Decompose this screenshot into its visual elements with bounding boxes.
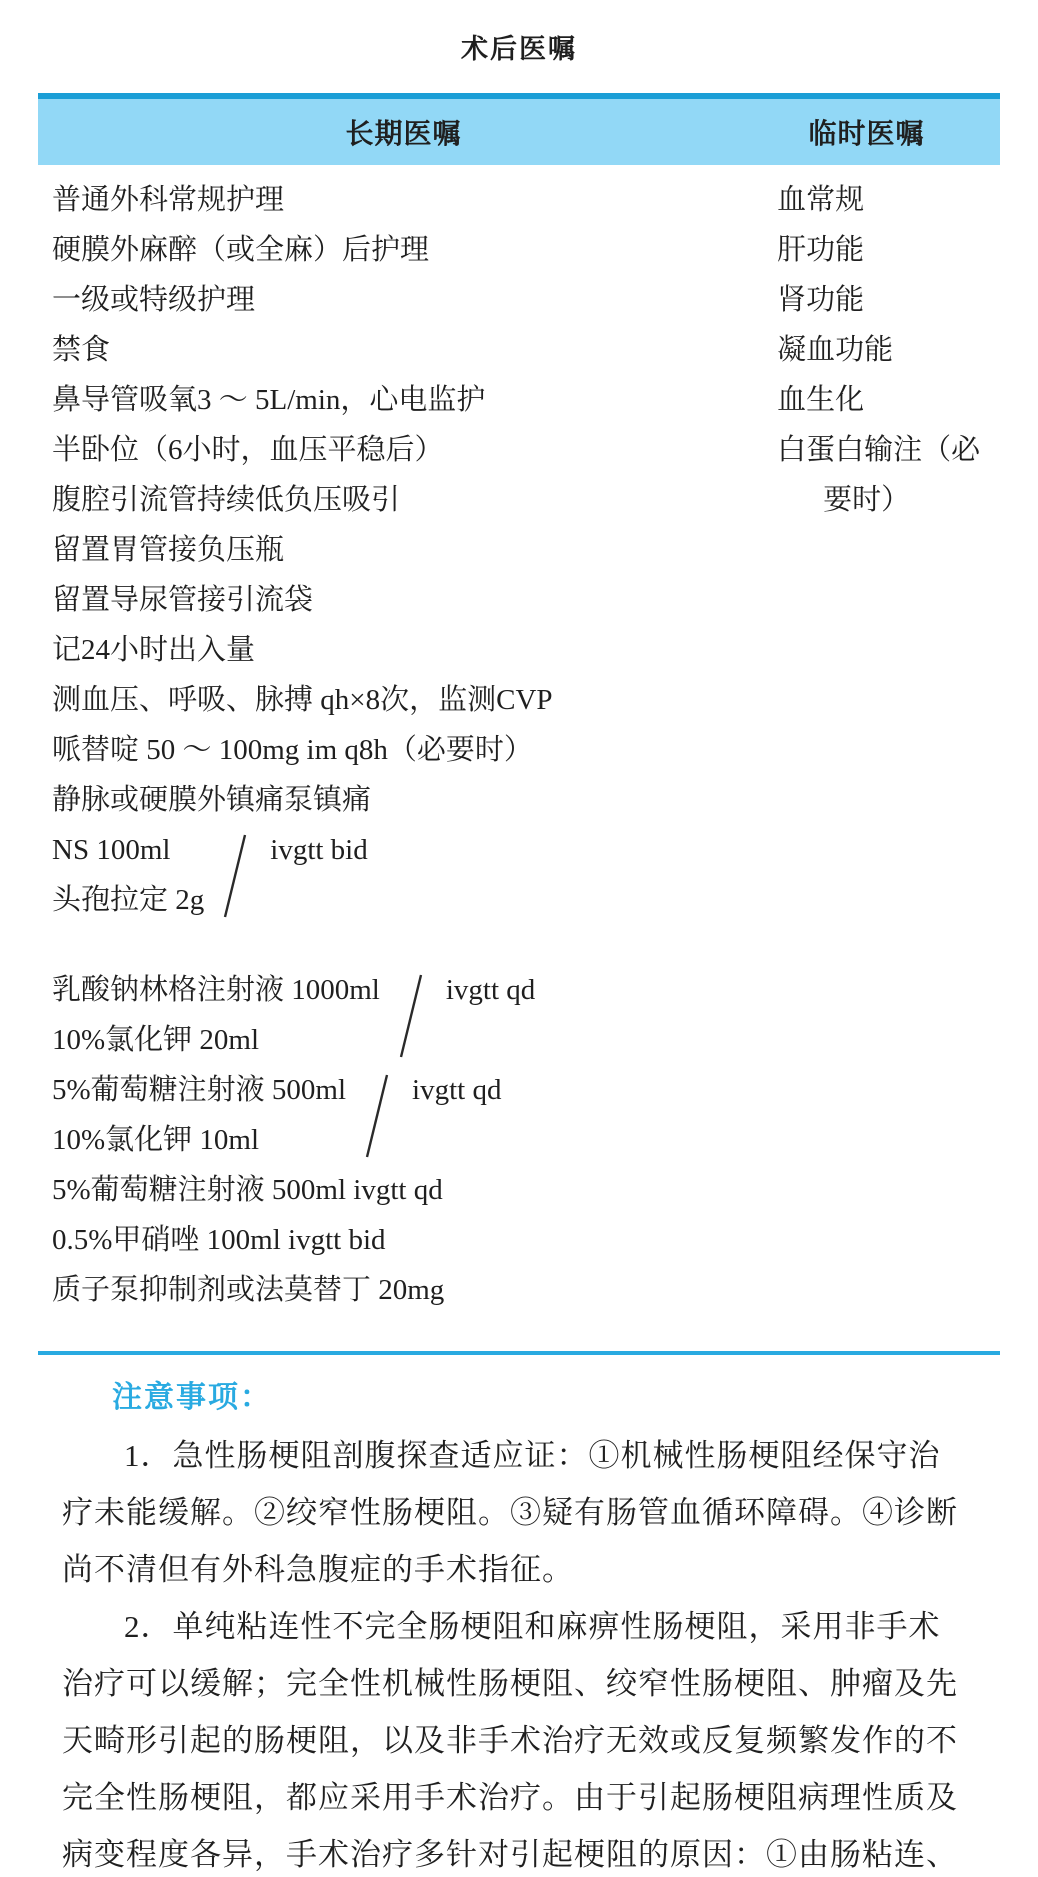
note-line: 完全性肠梗阻，都应采用手术治疗。由于引起肠梗阻病理性质及 xyxy=(62,1769,1000,1826)
order-line: 肝功能 xyxy=(769,225,1000,275)
order-line: 肾功能 xyxy=(769,275,1000,325)
order-line: 普通外科常规护理 xyxy=(38,175,769,225)
order-line: 测血压、呼吸、脉搏 qh×8次，监测CVP xyxy=(38,675,769,725)
notes-section: 注意事项： 1．急性肠梗阻剖腹探查适应证：①机械性肠梗阻经保守治疗未能缓解。②绞… xyxy=(62,1377,1000,1877)
iv-group-lines: 乳酸钠林格注射液 1000ml10%氯化钾 20ml xyxy=(52,965,380,1065)
table-header-row: 长期医嘱 临时医嘱 xyxy=(38,99,1000,165)
iv-group-slash-icon xyxy=(394,965,428,1065)
iv-frequency-label: ivgtt qd xyxy=(446,965,535,1015)
order-line: 要时） xyxy=(769,475,1000,525)
order-line: 0.5%甲硝唑 100ml ivgtt bid xyxy=(38,1215,769,1265)
order-line: 白蛋白输注（必 xyxy=(769,425,1000,475)
iv-order-group: NS 100ml头孢拉定 2givgtt bid xyxy=(38,825,769,925)
temporary-orders-column: 血常规肝功能肾功能凝血功能血生化白蛋白输注（必要时） xyxy=(769,175,1000,1315)
iv-group-slash-icon xyxy=(218,825,252,925)
order-line: 10%氯化钾 20ml xyxy=(52,1015,380,1065)
iv-group-lines: 5%葡萄糖注射液 500ml10%氯化钾 10ml xyxy=(52,1065,346,1165)
order-line: 鼻导管吸氧3 ～ 5L/min，心电监护 xyxy=(38,375,769,425)
col-header-long-term: 长期医嘱 xyxy=(38,112,769,152)
table-body: 普通外科常规护理硬膜外麻醉（或全麻）后护理一级或特级护理禁食鼻导管吸氧3 ～ 5… xyxy=(38,165,1000,1327)
note-line: 尚不清但有外科急腹症的手术指征。 xyxy=(62,1541,1000,1598)
iv-order-group: 乳酸钠林格注射液 1000ml10%氯化钾 20mlivgtt qd xyxy=(38,965,769,1065)
order-line: 留置胃管接负压瓶 xyxy=(38,525,769,575)
note-paragraph: 2．单纯粘连性不完全肠梗阻和麻痹性肠梗阻，采用非手术治疗可以缓解；完全性机械性肠… xyxy=(62,1598,1000,1877)
order-line: 硬膜外麻醉（或全麻）后护理 xyxy=(38,225,769,275)
order-line: 记24小时出入量 xyxy=(38,625,769,675)
order-line: 哌替啶 50 ～ 100mg im q8h（必要时） xyxy=(38,725,769,775)
iv-frequency-label: ivgtt bid xyxy=(270,825,367,875)
order-line: 禁食 xyxy=(38,325,769,375)
order-line: NS 100ml xyxy=(52,825,204,875)
note-line: 病变程度各异，手术治疗多针对引起梗阻的原因：①由肠粘连、 xyxy=(62,1826,1000,1877)
note-line: 2．单纯粘连性不完全肠梗阻和麻痹性肠梗阻，采用非手术 xyxy=(62,1598,1000,1655)
orders-table: 长期医嘱 临时医嘱 普通外科常规护理硬膜外麻醉（或全麻）后护理一级或特级护理禁食… xyxy=(38,93,1000,1327)
order-line: 腹腔引流管持续低负压吸引 xyxy=(38,475,769,525)
order-line: 10%氯化钾 10ml xyxy=(52,1115,346,1165)
order-line: 5%葡萄糖注射液 500ml xyxy=(52,1065,346,1115)
section-divider xyxy=(38,1351,1000,1355)
order-line: 乳酸钠林格注射液 1000ml xyxy=(52,965,380,1015)
order-line: 质子泵抑制剂或法莫替丁 20mg xyxy=(38,1265,769,1315)
order-line: 留置导尿管接引流袋 xyxy=(38,575,769,625)
order-line: 凝血功能 xyxy=(769,325,1000,375)
col-header-temporary: 临时医嘱 xyxy=(769,112,1000,152)
iv-group-slash-icon xyxy=(360,1065,394,1165)
note-line: 天畸形引起的肠梗阻，以及非手术治疗无效或反复频繁发作的不 xyxy=(62,1712,1000,1769)
notes-body: 1．急性肠梗阻剖腹探查适应证：①机械性肠梗阻经保守治疗未能缓解。②绞窄性肠梗阻。… xyxy=(62,1427,1000,1877)
document-page: 术后医嘱 长期医嘱 临时医嘱 普通外科常规护理硬膜外麻醉（或全麻）后护理一级或特… xyxy=(0,30,1038,1877)
order-line: 血常规 xyxy=(769,175,1000,225)
note-line: 1．急性肠梗阻剖腹探查适应证：①机械性肠梗阻经保守治 xyxy=(62,1427,1000,1484)
note-line: 治疗可以缓解；完全性机械性肠梗阻、绞窄性肠梗阻、肿瘤及先 xyxy=(62,1655,1000,1712)
note-line: 疗未能缓解。②绞窄性肠梗阻。③疑有肠管血循环障碍。④诊断 xyxy=(62,1484,1000,1541)
long-term-orders-column: 普通外科常规护理硬膜外麻醉（或全麻）后护理一级或特级护理禁食鼻导管吸氧3 ～ 5… xyxy=(38,175,769,1315)
order-line: 头孢拉定 2g xyxy=(52,875,204,925)
iv-group-lines: NS 100ml头孢拉定 2g xyxy=(52,825,204,925)
order-line: 半卧位（6小时，血压平稳后） xyxy=(38,425,769,475)
note-paragraph: 1．急性肠梗阻剖腹探查适应证：①机械性肠梗阻经保守治疗未能缓解。②绞窄性肠梗阻。… xyxy=(62,1427,1000,1598)
order-line: 血生化 xyxy=(769,375,1000,425)
notes-heading: 注意事项： xyxy=(112,1377,1000,1419)
order-line: 静脉或硬膜外镇痛泵镇痛 xyxy=(38,775,769,825)
order-line: 一级或特级护理 xyxy=(38,275,769,325)
iv-frequency-label: ivgtt qd xyxy=(412,1065,501,1115)
page-title: 术后医嘱 xyxy=(0,30,1038,68)
iv-order-group: 5%葡萄糖注射液 500ml10%氯化钾 10mlivgtt qd xyxy=(38,1065,769,1165)
order-line: 5%葡萄糖注射液 500ml ivgtt qd xyxy=(38,1165,769,1215)
